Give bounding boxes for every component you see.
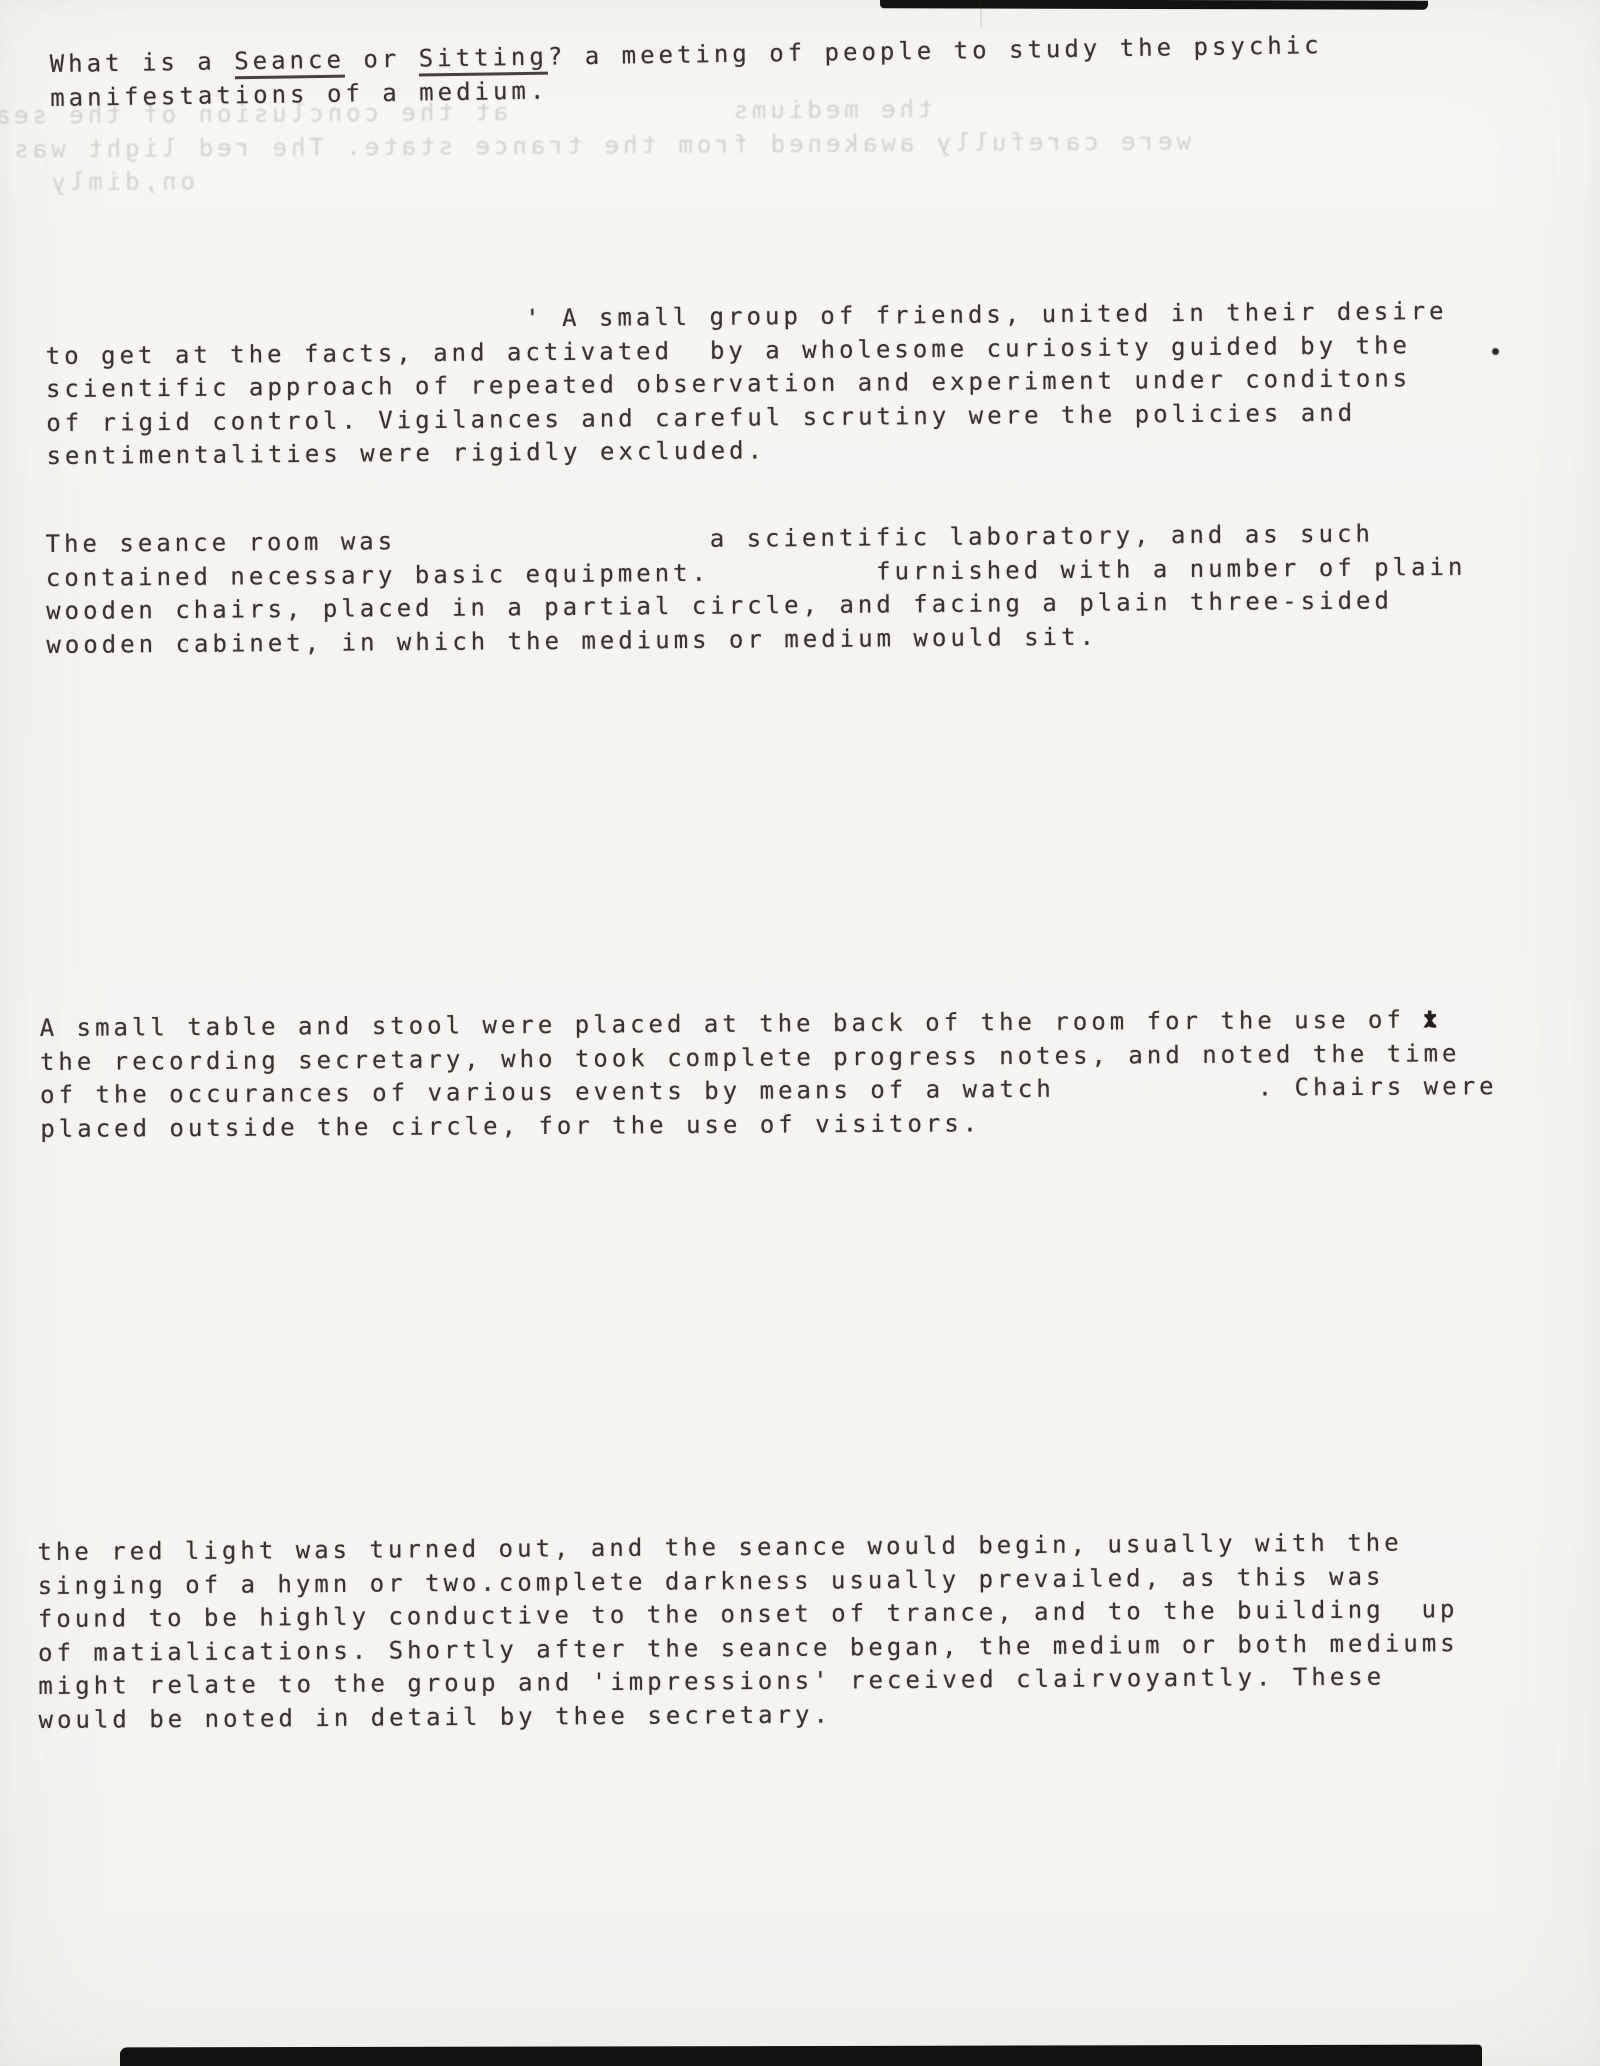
underlined-term-sitting: Sitting xyxy=(418,43,548,77)
ink-speck xyxy=(1492,348,1499,355)
paragraph-table-and-stool: A small table and stool were placed at t… xyxy=(40,1003,1498,1146)
scan-edge-top xyxy=(880,0,1428,10)
scan-edge-bottom xyxy=(120,2045,1482,2066)
intro-text: or xyxy=(345,45,419,74)
scanned-typewritten-page: the mediums at the conclusion of the sea… xyxy=(0,0,1600,2066)
underlined-term-seance: Seance xyxy=(234,46,345,80)
paragraph-group-of-friends: ' A small group of friends, united in th… xyxy=(45,295,1448,474)
paragraph-red-light: the red light was turned out, and the se… xyxy=(37,1526,1459,1737)
paper-crease xyxy=(980,0,982,28)
paragraph-seance-room: The seance room was a scientific laborat… xyxy=(45,517,1467,662)
intro-text: What is a xyxy=(50,47,235,78)
table-line1-text: A small table and stool were placed at t… xyxy=(40,1006,1424,1042)
